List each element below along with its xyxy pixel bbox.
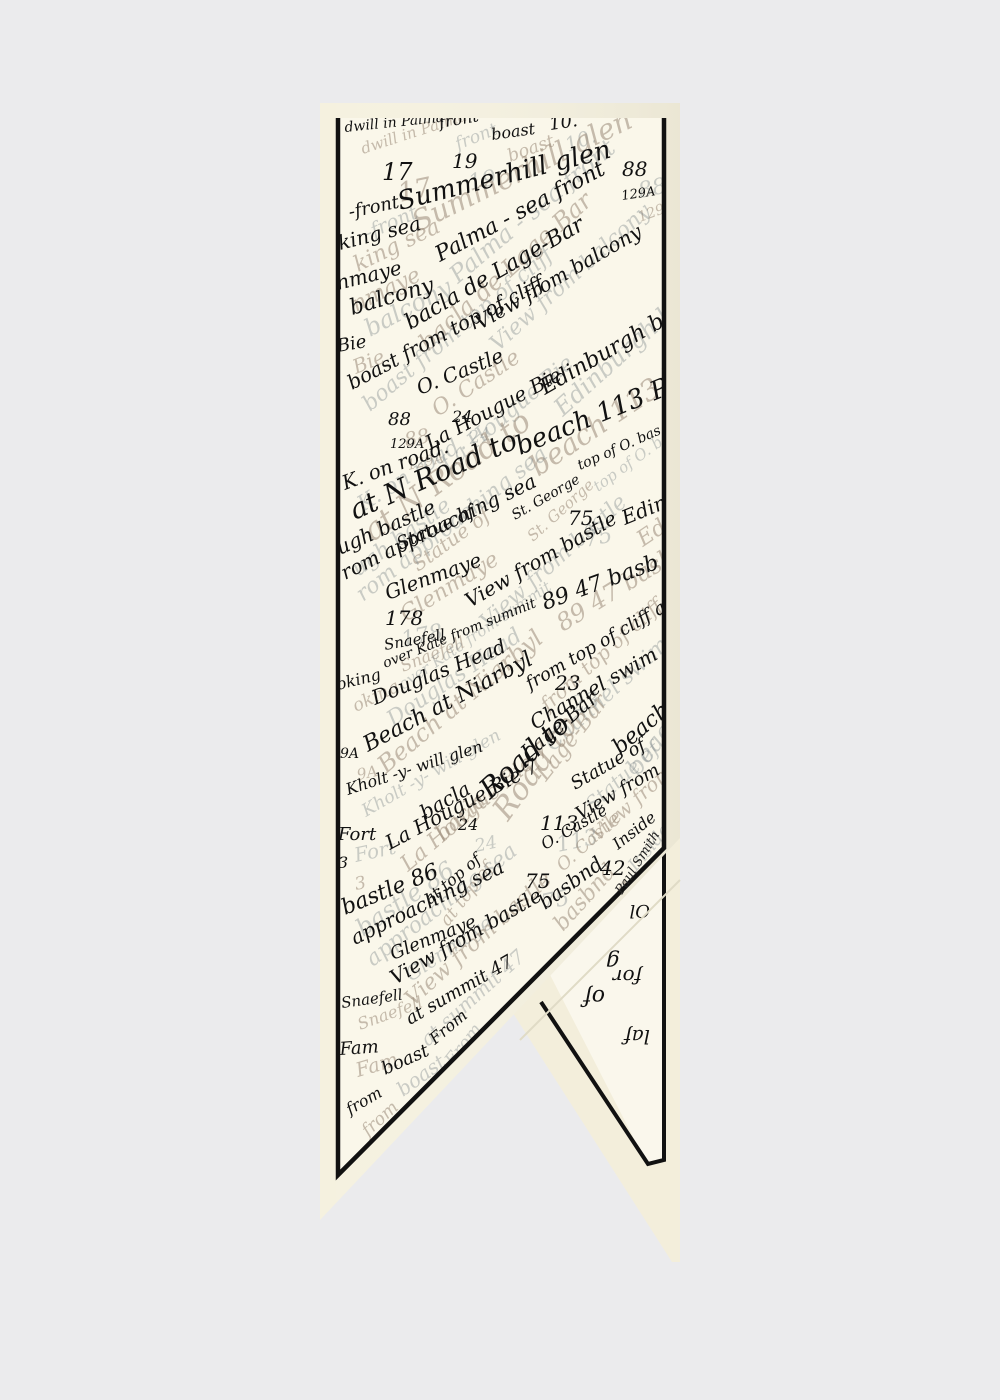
handwriting-text-flipped: Ol [629,900,650,921]
handwriting-text: Fam [338,1036,379,1060]
handwriting-text: 88 [622,157,647,181]
handwriting-text: 9A [340,746,359,762]
handwriting-text: 88 [388,409,411,430]
handwriting-text: 17 [382,158,413,186]
handwriting-text-flipped: for [612,965,644,989]
handwriting-text-flipped: laf [621,1025,650,1049]
handwriting-text: 178 [385,606,423,630]
handwriting-text: Fort [337,824,377,845]
product-photo: OlgforoflafproposalbayILAA88 dwill in Pa… [0,0,1000,1400]
